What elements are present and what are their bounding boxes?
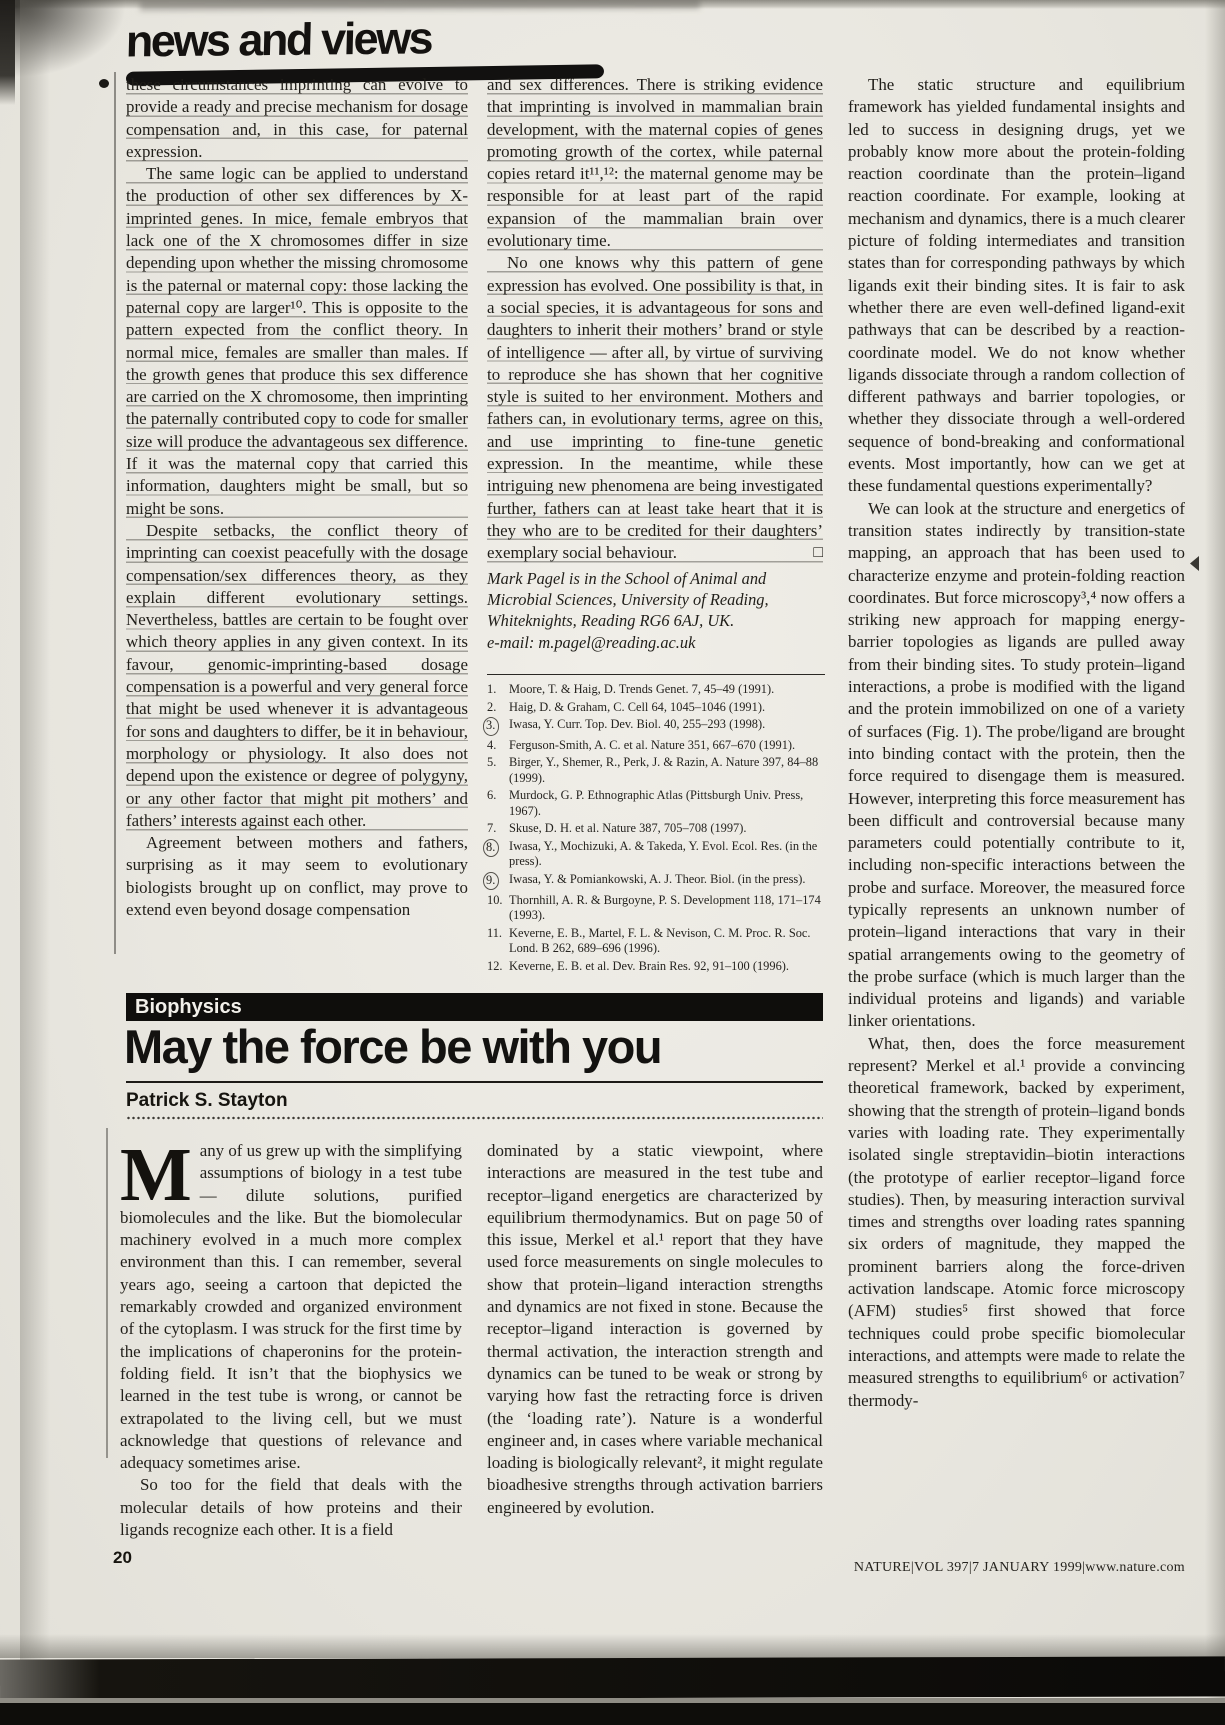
section-kicker-bar: Biophysics <box>126 993 823 1021</box>
article-author: Patrick S. Stayton <box>126 1090 288 1112</box>
reference-item: 4.Ferguson-Smith, A. C. et al. Nature 35… <box>487 738 825 753</box>
article2-columnA: Many of us grew up with the simplifying … <box>120 1140 462 1541</box>
reference-number: 5. <box>487 755 509 786</box>
reference-item: 5.Birger, Y., Shemer, R., Perk, J. & Raz… <box>487 755 825 786</box>
paragraph: No one knows why this pattern of gene ex… <box>487 252 823 564</box>
paragraph: Agreement between mothers and fathers, s… <box>126 832 468 921</box>
reference-text: Keverne, E. B., Martel, F. L. & Nevison,… <box>509 926 825 957</box>
reference-text: Keverne, E. B. et al. Dev. Brain Res. 92… <box>509 959 825 974</box>
paragraph: We can look at the structure and energet… <box>848 498 1185 1033</box>
paragraph: Despite setbacks, the conflict theory of… <box>126 520 468 832</box>
title-rule <box>126 1081 823 1083</box>
article2-column3: The static structure and equilibrium fra… <box>848 74 1185 1574</box>
scan-bottom-shadow <box>0 1634 1225 1658</box>
reference-number: 8. <box>487 839 509 870</box>
reference-number: 4. <box>487 738 509 753</box>
reference-text: Moore, T. & Haig, D. Trends Genet. 7, 45… <box>509 682 825 697</box>
reference-item: 3.Iwasa, Y. Curr. Top. Dev. Biol. 40, 25… <box>487 717 825 735</box>
reference-rule <box>487 674 825 675</box>
article1-column2: and sex differences. There is striking e… <box>487 74 823 653</box>
reference-item: 8.Iwasa, Y., Mochizuki, A. & Takeda, Y. … <box>487 839 825 870</box>
reference-number: 11. <box>487 926 509 957</box>
article2-columnB: dominated by a static viewpoint, where i… <box>487 1140 823 1519</box>
scan-bottom-bar-2 <box>0 1703 1225 1725</box>
reference-number: 1. <box>487 682 509 697</box>
section-kicker: Biophysics <box>135 996 242 1018</box>
scan-left-edge <box>0 0 15 105</box>
article1-column1: these circumstances imprinting can evolv… <box>126 74 468 974</box>
reference-text: Thornhill, A. R. & Burgoyne, P. S. Devel… <box>509 893 825 924</box>
page-right-shadow <box>1205 0 1225 1725</box>
paragraph: So too for the field that deals with the… <box>120 1474 462 1541</box>
scan-bottom-bar <box>0 1656 1225 1699</box>
reference-item: 2.Haig, D. & Graham, C. Cell 64, 1045–10… <box>487 700 825 715</box>
article-title: May the force be with you <box>124 1023 661 1070</box>
paragraph: dominated by a static viewpoint, where i… <box>487 1140 823 1519</box>
dotted-divider <box>126 1116 823 1120</box>
section-header: news and views <box>126 16 604 82</box>
reference-text: Birger, Y., Shemer, R., Perk, J. & Razin… <box>509 755 825 786</box>
scanned-page: news and views these circumstances impri… <box>0 0 1225 1725</box>
reference-item: 9.Iwasa, Y. & Pomiankowski, A. J. Theor.… <box>487 872 825 890</box>
reference-number: 2. <box>487 700 509 715</box>
reference-text: Iwasa, Y., Mochizuki, A. & Takeda, Y. Ev… <box>509 839 825 870</box>
journal-footer: NATURE|VOL 397|7 JANUARY 1999|www.nature… <box>487 1560 1185 1576</box>
margin-line <box>114 72 116 954</box>
reference-item: 11.Keverne, E. B., Martel, F. L. & Nevis… <box>487 926 825 957</box>
paragraph: What, then, does the force measurement r… <box>848 1033 1185 1412</box>
margin-dot <box>99 79 109 88</box>
reference-item: 6.Murdock, G. P. Ethnographic Atlas (Pit… <box>487 788 825 819</box>
scan-smudge <box>140 0 700 11</box>
section-header-title: news and views <box>125 13 604 63</box>
reference-number: 12. <box>487 959 509 974</box>
reference-text: Iwasa, Y. & Pomiankowski, A. J. Theor. B… <box>509 872 825 890</box>
hand-circle-annotation: 9. <box>483 872 499 890</box>
hand-circle-annotation: 8. <box>483 839 499 857</box>
paragraph: The same logic can be applied to underst… <box>126 163 468 520</box>
paragraph: The static structure and equilibrium fra… <box>848 74 1185 498</box>
margin-pen-mark <box>1190 556 1199 571</box>
drop-cap: M <box>120 1140 200 1205</box>
reference-number: 3. <box>487 717 509 735</box>
reference-item: 7.Skuse, D. H. et al. Nature 387, 705–70… <box>487 821 825 836</box>
reference-number: 9. <box>487 872 509 890</box>
reference-text: Ferguson-Smith, A. C. et al. Nature 351,… <box>509 738 825 753</box>
page-fold-shadow <box>20 0 50 1725</box>
reference-text: Haig, D. & Graham, C. Cell 64, 1045–1046… <box>509 700 825 715</box>
author-affiliation: Mark Pagel is in the School of Animal an… <box>487 568 823 654</box>
reference-text: Murdock, G. P. Ethnographic Atlas (Pitts… <box>509 788 825 819</box>
paragraph: these circumstances imprinting can evolv… <box>126 74 468 163</box>
paragraph: and sex differences. There is striking e… <box>487 74 823 252</box>
affiliation-email: e-mail: m.pagel@reading.ac.uk <box>487 632 823 653</box>
reference-number: 7. <box>487 821 509 836</box>
reference-list: 1.Moore, T. & Haig, D. Trends Genet. 7, … <box>487 674 825 976</box>
page-number: 20 <box>113 1548 132 1568</box>
reference-item: 1.Moore, T. & Haig, D. Trends Genet. 7, … <box>487 682 825 697</box>
reference-number: 10. <box>487 893 509 924</box>
reference-item: 10.Thornhill, A. R. & Burgoyne, P. S. De… <box>487 893 825 924</box>
hand-circle-annotation: 3. <box>483 717 499 735</box>
affiliation-address: Mark Pagel is in the School of Animal an… <box>487 568 823 632</box>
reference-number: 6. <box>487 788 509 819</box>
paragraph: Many of us grew up with the simplifying … <box>120 1140 462 1474</box>
reference-item: 12.Keverne, E. B. et al. Dev. Brain Res.… <box>487 959 825 974</box>
margin-line-2 <box>106 1128 108 1458</box>
reference-text: Skuse, D. H. et al. Nature 387, 705–708 … <box>509 821 825 836</box>
reference-text: Iwasa, Y. Curr. Top. Dev. Biol. 40, 255–… <box>509 717 825 735</box>
